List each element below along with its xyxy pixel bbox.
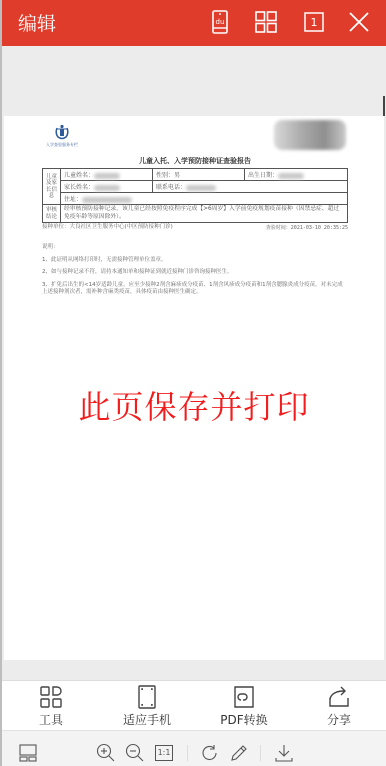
conclusion-text: 经审核预防接种记录，该儿童已经按照免疫程序完成【>6周岁】入学前免疫规划疫苗接种… [61, 205, 348, 223]
vaccination-unit: 接种单位：大良社区卫生服务中心(中区预防接种门诊) [42, 224, 212, 231]
scroll-thumb[interactable] [383, 96, 385, 116]
notes-section: 说明： 1、此证明从网络打印时，无需接种管理单位盖章。 2、如与接种记录不符，请… [42, 244, 348, 302]
zoom-in-icon[interactable] [96, 743, 116, 763]
share-button[interactable]: 分享 [299, 685, 379, 728]
parent-name-cell: 家长姓名： [61, 181, 153, 193]
grid-icon[interactable] [252, 8, 280, 36]
conclusion-side-label: 审核结论 [43, 205, 61, 223]
logo-text: 入学查验服务专栏 [42, 142, 82, 148]
rotate-icon[interactable] [200, 743, 220, 763]
fit-phone-icon [135, 685, 159, 709]
toolbar-separator [187, 745, 188, 761]
pdf-page: 入学查验服务专栏 儿童入托、入学预防接种证查验报告 儿童及家长信息 儿童姓名： … [4, 116, 384, 660]
pdf-convert-button[interactable]: PDF转换 [204, 685, 284, 728]
pencil-icon[interactable] [229, 743, 249, 763]
redacted-birth-date [278, 173, 304, 179]
share-icon [327, 685, 351, 709]
address-cell: 住址： [61, 193, 348, 205]
view-toolbar: 1:1 [2, 730, 386, 766]
gender-cell: 性别：男 [153, 169, 245, 181]
check-time: 查验时间：2021-03-10 20:35:25 [266, 224, 348, 231]
tools-grid-icon [39, 685, 63, 709]
tools-button[interactable]: 工具 [11, 685, 91, 728]
report-title: 儿童入托、入学预防接种证查验报告 [42, 156, 348, 166]
pdf-convert-label: PDF转换 [204, 711, 284, 728]
phone-cell: 联系电话： [153, 181, 348, 193]
download-icon[interactable] [274, 743, 294, 763]
info-table: 儿童及家长信息 儿童姓名： 性别：男 出生日期： 家长姓名： 联系电话： 住址：… [42, 168, 348, 223]
notes-title: 说明： [42, 244, 348, 252]
toolbar-separator [260, 745, 261, 761]
actual-size-button[interactable]: 1:1 [154, 743, 174, 763]
redacted-parent-name [94, 185, 120, 191]
close-icon[interactable] [345, 8, 373, 36]
tools-label: 工具 [11, 711, 91, 728]
fit-phone-label: 适应手机 [107, 711, 187, 728]
thumbnail-layout-icon[interactable] [18, 743, 38, 763]
pdf-convert-icon [232, 685, 256, 709]
page-count-icon[interactable]: 1 [300, 8, 328, 36]
birth-date-cell: 出生日期： [245, 169, 348, 181]
pdf-viewer-app: 编辑 du 1 入学查验服务专栏 儿童入托、入学预防接种证查验报告 [0, 0, 386, 766]
note-item: 3、扩免后出生的<14岁适龄儿童，应至少接种2剂含麻疹成分疫苗、1剂含风疹成分疫… [42, 282, 348, 297]
redacted-child-name [94, 173, 120, 179]
info-side-label: 儿童及家长信息 [43, 169, 61, 205]
note-item: 1、此证明从网络打印时，无需接种管理单位盖章。 [42, 257, 348, 265]
note-item: 2、如与接种记录不符，请持本通知单和接种证到就近接种门诊咨询接种医生。 [42, 269, 348, 277]
svg-text:du: du [216, 18, 225, 26]
logo-icon [54, 124, 70, 140]
fit-phone-button[interactable]: 适应手机 [107, 685, 187, 728]
bottom-toolbar: 工具 适应手机 PDF转换 分享 [2, 680, 386, 730]
child-name-cell: 儿童姓名： [61, 169, 153, 181]
top-bar: 编辑 du 1 [2, 0, 386, 46]
save-and-print-note: 此页保存并打印 [4, 382, 384, 428]
page-count: 1 [311, 16, 318, 29]
redacted-address [82, 197, 132, 203]
zoom-out-icon[interactable] [125, 743, 145, 763]
school-logo: 入学查验服务专栏 [42, 124, 82, 148]
actual-size-icon: 1:1 [155, 745, 173, 761]
redacted-phone [186, 185, 216, 191]
share-label: 分享 [299, 711, 379, 728]
du-reader-icon[interactable]: du [206, 8, 234, 36]
edit-title[interactable]: 编辑 [18, 9, 56, 36]
qr-code-redacted [274, 120, 346, 150]
